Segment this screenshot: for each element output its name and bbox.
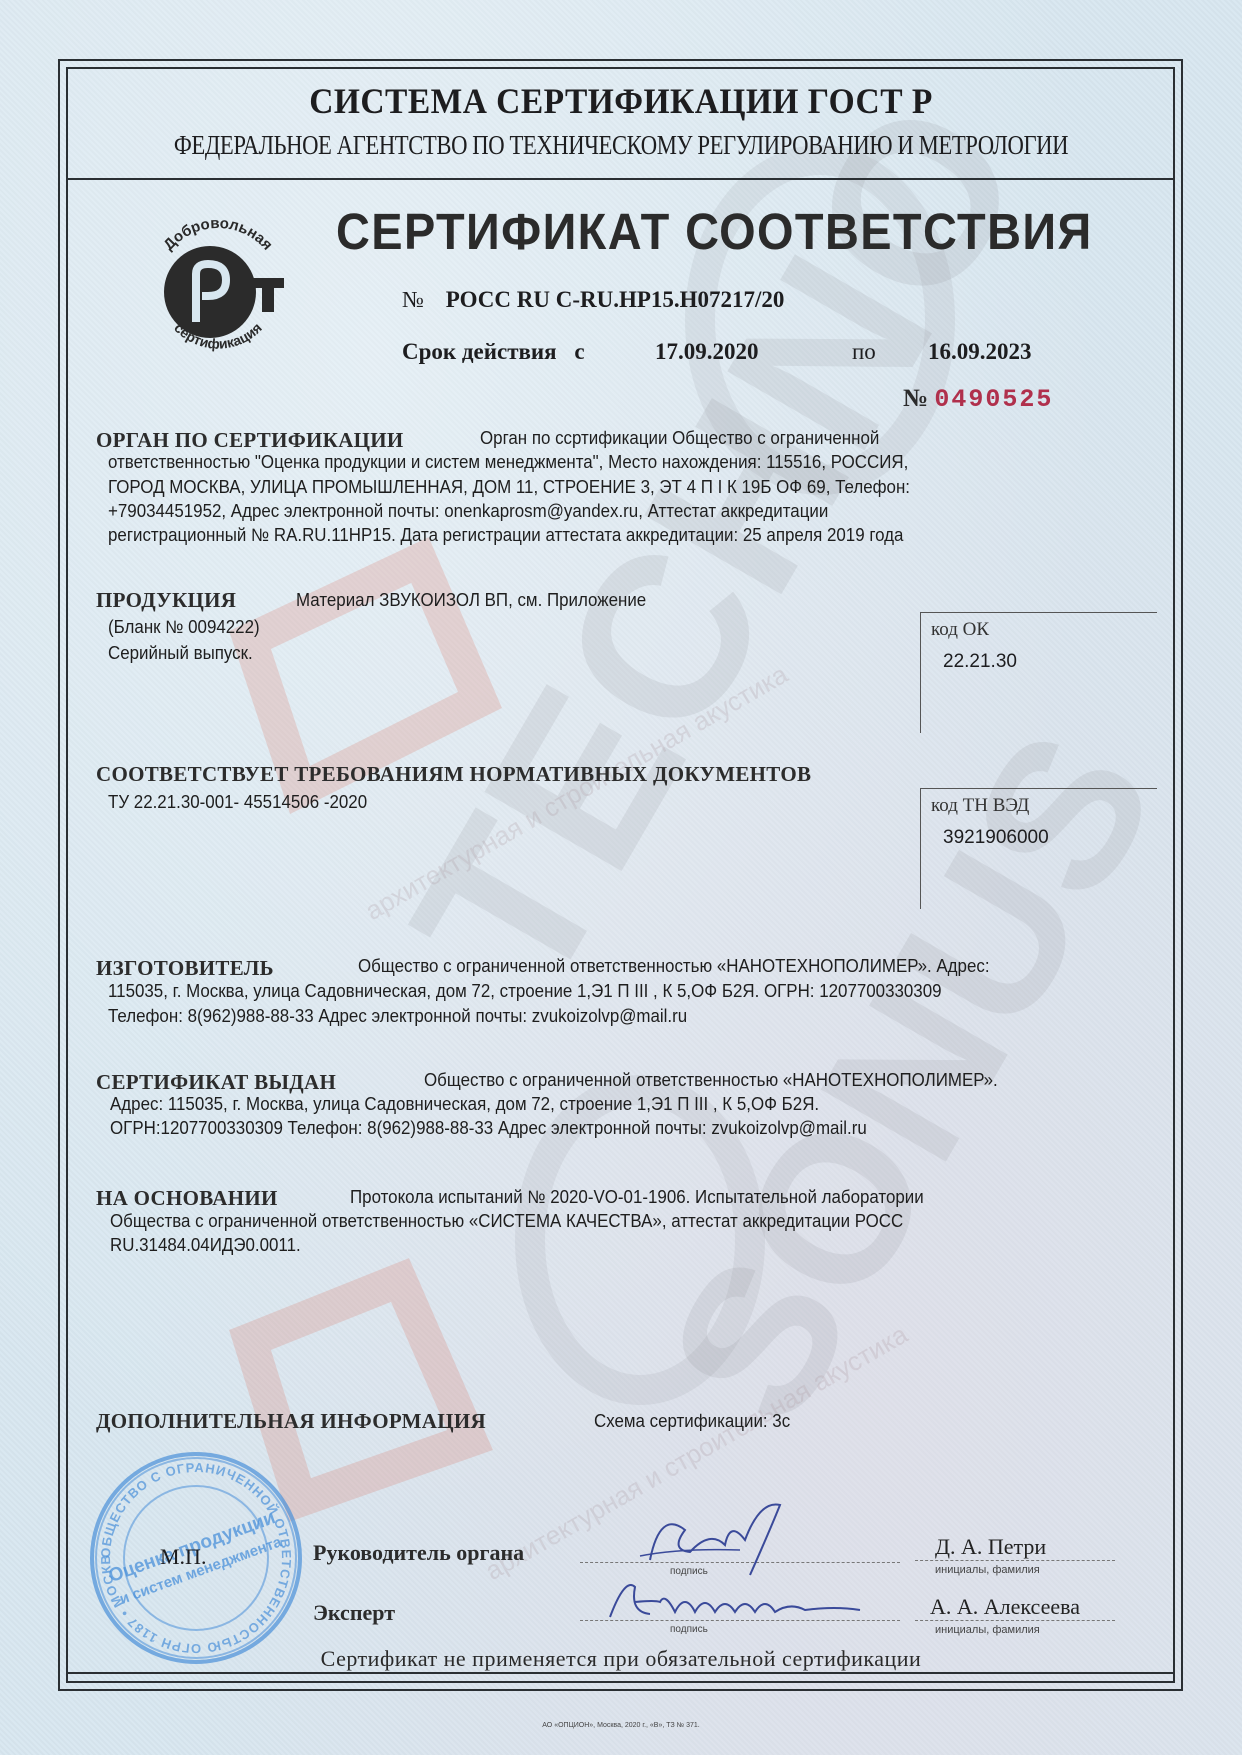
manufacturer-line: 115035, г. Москва, улица Садовническая, … [108,981,942,1002]
certificate-number-row: № РОСС RU C-RU.НР15.Н07217/20 [402,287,784,313]
expert-name-caption: инициалы, фамилия [935,1624,1040,1636]
rst-mark-icon: Добровольная сертификация [138,212,298,362]
expert-name-line [915,1620,1115,1621]
certificate-number: РОСС RU C-RU.НР15.Н07217/20 [446,287,785,312]
basis-heading: НА ОСНОВАНИИ [96,1186,278,1211]
issued-to-line: ОГРН:1207700330309 Телефон: 8(962)988-88… [110,1118,867,1139]
head-name: Д. А. Петри [935,1534,1046,1560]
tnved-code-value: 3921906000 [943,827,1049,849]
tnved-code-box: код ТН ВЭД 3921906000 [920,788,1157,909]
header-divider [68,178,1173,180]
product-line: Материал ЗВУКОИЗОЛ ВП, см. Приложение [296,590,646,611]
certification-body-line: регистрационный № RA.RU.11НР15. Дата рег… [108,525,903,546]
issued-to-line: Адрес: 115035, г. Москва, улица Садовнич… [110,1094,819,1115]
handwritten-signature-icon [630,1490,810,1580]
additional-info-heading: ДОПОЛНИТЕЛЬНАЯ ИНФОРМАЦИЯ [96,1409,486,1434]
valid-to: 16.09.2023 [928,339,1032,365]
blank-number-label: № [903,385,928,412]
manufacturer-line: Общество с ограниченной ответственностью… [358,956,990,977]
system-title: СИСТЕМА СЕРТИФИКАЦИИ ГОСТ Р [43,80,1198,122]
certification-body-line: Орган по ссртификации Общество с огранич… [480,428,879,449]
head-name-caption: инициалы, фамилия [935,1564,1040,1576]
ok-code-box: код ОК 22.21.30 [920,612,1157,733]
product-line: (Бланк № 0094222) [108,617,260,638]
head-of-body-label: Руководитель органа [313,1540,524,1566]
issued-to-heading: СЕРТИФИКАТ ВЫДАН [96,1070,336,1095]
conformity-line: ТУ 22.21.30-001- 45514506 -2020 [108,792,367,813]
product-heading: ПРОДУКЦИЯ [96,588,236,613]
number-label: № [402,287,424,312]
certification-body-line: ГОРОД МОСКВА, УЛИЦА ПРОМЫШЛЕННАЯ, ДОМ 11… [108,477,910,498]
certification-body-heading: ОРГАН ПО СЕРТИФИКАЦИИ [96,428,404,453]
expert-label: Эксперт [313,1600,395,1626]
certification-body-line: +79034451952, Адрес электронной почты: o… [108,501,828,522]
ok-code-label: код ОК [931,619,989,641]
head-signature [630,1490,810,1585]
basis-line: Общества с ограниченной ответственностью… [110,1211,903,1232]
seal-place-label: М.П. [160,1544,206,1570]
basis-line: RU.31484.04ИДЭ0.0011. [110,1235,301,1256]
footer-divider [68,1672,1173,1674]
certification-scheme: Схема сертификации: 3с [594,1411,790,1432]
expert-name: А. А. Алексеева [930,1594,1080,1620]
validity-label: Срок действия с [402,339,585,365]
blank-number-value: 0490525 [934,385,1053,414]
expert-signature [605,1572,865,1637]
agency-name: ФЕДЕРАЛЬНОЕ АГЕНТСТВО ПО ТЕХНИЧЕСКОМУ РЕ… [99,130,1142,161]
validity-to-label: по [852,339,876,365]
certificate-title: СЕРТИФИКАТ СООТВЕТСТВИЯ [336,202,1093,261]
manufacturer-heading: ИЗГОТОВИТЕЛЬ [96,956,274,981]
product-line: Серийный выпуск. [108,643,253,664]
validity-text: Срок действия [402,339,557,364]
rst-logo: Добровольная сертификация [138,212,298,362]
disclaimer: Сертификат не применяется при обязательн… [0,1646,1242,1672]
printer-info: АО «ОПЦИОН», Москва, 2020 г., «В», ТЗ № … [0,1722,1242,1729]
handwritten-signature-icon [605,1572,865,1632]
conformity-heading: СООТВЕТСТВУЕТ ТРЕБОВАНИЯМ НОРМАТИВНЫХ ДО… [96,762,811,787]
valid-from: 17.09.2020 [655,339,759,365]
certification-body-line: ответственностью "Оценка продукции и сис… [108,452,908,473]
blank-number: № 0490525 [903,385,1053,414]
validity-from-label: с [574,339,584,364]
tnved-code-label: код ТН ВЭД [931,795,1029,817]
head-name-line [915,1560,1115,1561]
ok-code-value: 22.21.30 [943,651,1017,673]
manufacturer-line: Телефон: 8(962)988-88-33 Адрес электронн… [108,1006,687,1027]
issued-to-line: Общество с ограниченной ответственностью… [424,1070,998,1091]
basis-line: Протокола испытаний № 2020-VO-01-1906. И… [350,1187,924,1208]
